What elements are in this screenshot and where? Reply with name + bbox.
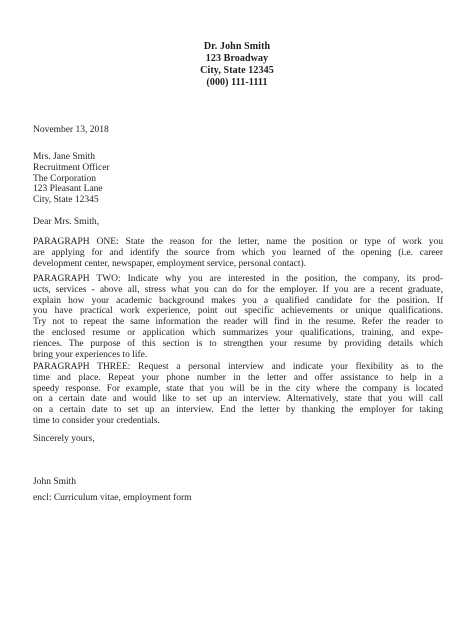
sender-city: City, State 12345 [0,65,474,77]
paragraph-line: the enclosed resume or application which… [33,328,443,339]
paragraph-one: PARAGRAPH ONE: State the reason for the … [33,237,443,269]
paragraph-line: riences. The purpose of this section is … [33,339,443,350]
sender-block: Dr. John Smith 123 Broadway City, State … [0,41,474,89]
paragraph-two: PARAGRAPH TWO: Indicate why you are inte… [33,274,443,360]
paragraph-line: PARAGRAPH ONE: State the reason for the … [33,237,443,248]
letter-date: November 13, 2018 [33,125,109,136]
paragraph-line: development center, newspaper, employmen… [33,259,443,270]
closing-line: Sincerely yours, [33,434,95,445]
paragraph-line: Try not to repeat the same information t… [33,317,443,328]
paragraph-line: on a certain date and would like to set … [33,394,443,405]
paragraph-line: bring your experiences to life. [33,350,443,361]
recipient-job-title: Recruitment Officer [33,163,110,174]
recipient-block: Mrs. Jane Smith Recruitment Officer The … [33,152,110,206]
paragraph-line: you have practical work experience, poin… [33,306,443,317]
paragraph-three: PARAGRAPH THREE: Request a personal inte… [33,362,443,427]
recipient-city: City, State 12345 [33,195,110,206]
paragraph-line: PARAGRAPH THREE: Request a personal inte… [33,362,443,373]
recipient-name: Mrs. Jane Smith [33,152,110,163]
paragraph-line: explain how your academic background mak… [33,296,443,307]
signature-name: John Smith [33,477,76,488]
paragraph-line: on a certain date to set up an interview… [33,405,443,416]
sender-name: Dr. John Smith [0,41,474,53]
salutation: Dear Mrs. Smith, [33,217,99,228]
paragraph-line: speedy response. For example, state that… [33,384,443,395]
paragraph-line: PARAGRAPH TWO: Indicate why you are inte… [33,274,443,285]
enclosure-line: encl: Curriculum vitae, employment form [33,493,192,504]
recipient-street: 123 Pleasant Lane [33,184,110,195]
paragraph-line: ucts, services - above all, stress what … [33,285,443,296]
letter-page: Dr. John Smith 123 Broadway City, State … [0,0,474,632]
paragraph-line: are applying for and identify the source… [33,248,443,259]
sender-phone: (000) 111-1111 [0,77,474,89]
sender-street: 123 Broadway [0,53,474,65]
recipient-company: The Corporation [33,174,110,185]
paragraph-line: time and place. Repeat your phone number… [33,373,443,384]
paragraph-line: time to consider your credentials. [33,416,443,427]
